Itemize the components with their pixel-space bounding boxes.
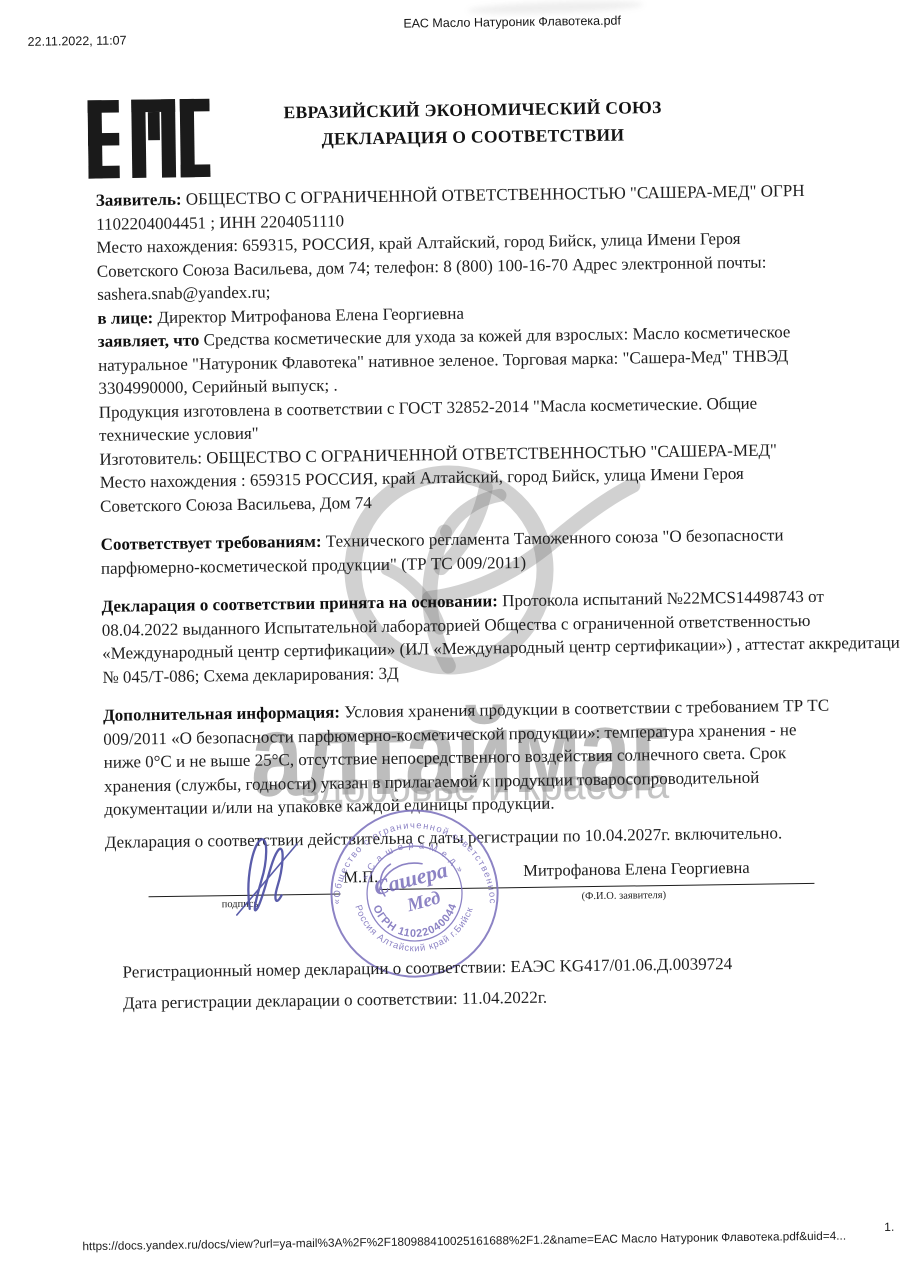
document-content: 22.11.2022, 11:07 ЕАС Масло Натуроник Фл…: [0, 0, 900, 1273]
scanned-declaration-page: алтаймаг здоровье и красота 22.11.2022, …: [0, 0, 900, 1273]
svg-text:«Общество с ограниченной ответ: «Общество с ограниченной ответственность…: [324, 803, 499, 907]
paragraph-declares: заявляет, что Средства косметические для…: [98, 319, 859, 400]
signature-block: подпись М.П. Митрофанова Елена Георгиевн…: [103, 842, 865, 968]
scan-layer: алтаймаг здоровье и красота 22.11.2022, …: [0, 0, 900, 1273]
handwritten-signature: [231, 828, 317, 921]
field-label: Соответствует требованиям:: [100, 532, 321, 554]
print-footer-url: https://docs.yandex.ru/docs/view?url=ya-…: [82, 1229, 846, 1254]
declaration-body: Заявитель: ОБЩЕСТВО С ОГРАНИЧЕННОЙ ОТВЕТ…: [96, 178, 865, 854]
paragraph-manufacturer-address: Место нахождения : 659315 РОССИЯ, край А…: [100, 460, 861, 518]
print-header-filename: ЕАС Масло Натуроник Флавотека.pdf: [403, 14, 621, 31]
print-header-timestamp: 22.11.2022, 11:07: [28, 33, 127, 48]
paragraph-basis: Декларация о соответствии принята на осн…: [101, 584, 862, 689]
stamp-ring-text: «Общество с ограниченной ответственность…: [324, 803, 499, 907]
field-label: Дополнительная информация:: [103, 703, 340, 725]
field-label: заявляет, что: [98, 330, 200, 350]
field-label: Заявитель:: [96, 190, 182, 210]
declarant-name: Митрофанова Елена Георгиевна: [523, 858, 750, 881]
paragraph-complies: Соответствует требованиям: Технического …: [100, 522, 861, 580]
document-title: ЕВРАЗИЙСКИЙ ЭКОНОМИЧЕСКИЙ СОЮЗ ДЕКЛАРАЦИ…: [142, 92, 803, 154]
field-label: в лице:: [97, 308, 153, 328]
registration-block: Регистрационный номер декларации о соотв…: [122, 948, 732, 1019]
print-footer-page-number: 1.: [884, 1220, 894, 1234]
paragraph-additional-info: Дополнительная информация: Условия хране…: [103, 693, 865, 821]
fio-caption: (Ф.И.О. заявителя): [582, 890, 667, 902]
field-label: Декларация о соответствии принята на осн…: [101, 591, 498, 616]
paragraph-applicant-address: Место нахождения: 659315, РОССИЯ, край А…: [96, 225, 857, 306]
